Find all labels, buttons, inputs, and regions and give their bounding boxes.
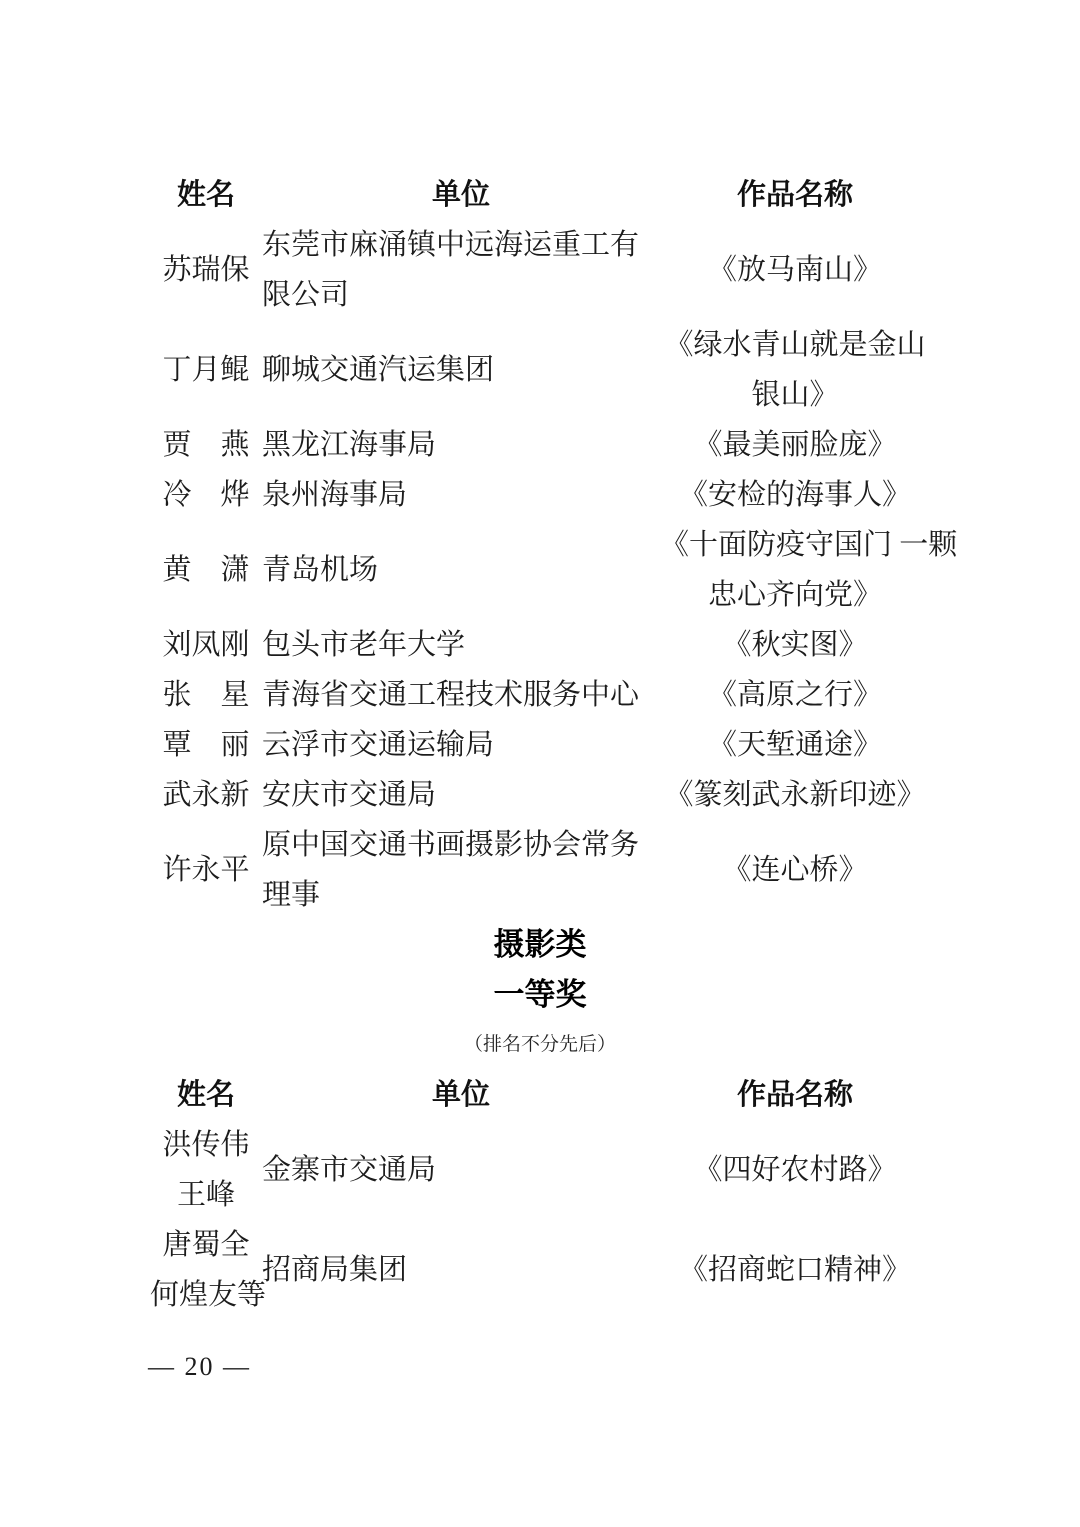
winner-name: 张 星 <box>150 670 262 720</box>
winner-name: 丁月鲲 <box>150 345 262 395</box>
work-title: 《十面防疫守国门 一颗 忠心齐向党》 <box>660 520 930 620</box>
winner-name: 苏瑞保 <box>150 245 262 295</box>
table-2-header-row: 姓名 单位 作品名称 <box>150 1070 930 1120</box>
section-ranking-note: （排名不分先后） <box>150 1020 930 1070</box>
winner-name: 黄 潇 <box>150 545 262 595</box>
table-row: 唐蜀全 何煌友等 招商局集团 《招商蛇口精神》 <box>150 1220 930 1320</box>
content-area: 姓名 单位 作品名称 苏瑞保 东莞市麻涌镇中远海运重工有 限公司 《放马南山》 … <box>150 170 930 1320</box>
table-row: 黄 潇 青岛机场 《十面防疫守国门 一颗 忠心齐向党》 <box>150 520 930 620</box>
document-page: 姓名 单位 作品名称 苏瑞保 东莞市麻涌镇中远海运重工有 限公司 《放马南山》 … <box>0 0 1080 1527</box>
table-row: 许永平 原中国交通书画摄影协会常务 理事 《连心桥》 <box>150 820 930 920</box>
winner-name: 唐蜀全 何煌友等 <box>150 1220 262 1320</box>
winner-unit: 包头市老年大学 <box>262 620 660 670</box>
award-table-1: 姓名 单位 作品名称 苏瑞保 东莞市麻涌镇中远海运重工有 限公司 《放马南山》 … <box>150 170 930 920</box>
winner-unit: 黑龙江海事局 <box>262 420 660 470</box>
winner-unit: 云浮市交通运输局 <box>262 720 660 770</box>
winner-unit: 泉州海事局 <box>262 470 660 520</box>
table-row: 刘凤刚 包头市老年大学 《秋实图》 <box>150 620 930 670</box>
table-row: 张 星 青海省交通工程技术服务中心 《高原之行》 <box>150 670 930 720</box>
work-title: 《安检的海事人》 <box>660 470 930 520</box>
table-2-header-name: 姓名 <box>150 1070 262 1120</box>
table-row: 覃 丽 云浮市交通运输局 《天堑通途》 <box>150 720 930 770</box>
winner-name: 许永平 <box>150 845 262 895</box>
award-table-2: 姓名 单位 作品名称 洪传伟 王峰 金寨市交通局 《四好农村路》 唐蜀全 何煌友… <box>150 1070 930 1320</box>
section-headings: 摄影类 一等奖 （排名不分先后） <box>150 920 930 1070</box>
winner-name: 贾 燕 <box>150 420 262 470</box>
winner-unit: 原中国交通书画摄影协会常务 理事 <box>262 820 660 920</box>
winner-unit: 招商局集团 <box>262 1245 660 1295</box>
winner-name: 武永新 <box>150 770 262 820</box>
table-row: 洪传伟 王峰 金寨市交通局 《四好农村路》 <box>150 1120 930 1220</box>
winner-unit: 东莞市麻涌镇中远海运重工有 限公司 <box>262 220 660 320</box>
work-title: 《招商蛇口精神》 <box>660 1245 930 1295</box>
table-row: 贾 燕 黑龙江海事局 《最美丽脸庞》 <box>150 420 930 470</box>
page-number: — 20 — <box>148 1352 251 1382</box>
section-award-heading: 一等奖 <box>150 970 930 1020</box>
table-1-header-unit: 单位 <box>262 170 660 220</box>
winner-unit: 金寨市交通局 <box>262 1145 660 1195</box>
winner-name: 冷 烨 <box>150 470 262 520</box>
winner-name: 刘凤刚 <box>150 620 262 670</box>
work-title: 《篆刻武永新印迹》 <box>660 770 930 820</box>
table-row: 武永新 安庆市交通局 《篆刻武永新印迹》 <box>150 770 930 820</box>
table-row: 苏瑞保 东莞市麻涌镇中远海运重工有 限公司 《放马南山》 <box>150 220 930 320</box>
work-title: 《四好农村路》 <box>660 1145 930 1195</box>
work-title: 《高原之行》 <box>660 670 930 720</box>
table-2-header-work: 作品名称 <box>660 1070 930 1120</box>
winner-unit: 青海省交通工程技术服务中心 <box>262 670 660 720</box>
winner-unit: 青岛机场 <box>262 545 660 595</box>
work-title: 《天堑通途》 <box>660 720 930 770</box>
work-title: 《连心桥》 <box>660 845 930 895</box>
work-title: 《绿水青山就是金山 银山》 <box>660 320 930 420</box>
winner-name: 洪传伟 王峰 <box>150 1120 262 1220</box>
work-title: 《放马南山》 <box>660 245 930 295</box>
table-row: 冷 烨 泉州海事局 《安检的海事人》 <box>150 470 930 520</box>
table-1-header-work: 作品名称 <box>660 170 930 220</box>
table-row: 丁月鲲 聊城交通汽运集团 《绿水青山就是金山 银山》 <box>150 320 930 420</box>
work-title: 《秋实图》 <box>660 620 930 670</box>
section-category-heading: 摄影类 <box>150 920 930 970</box>
winner-name: 覃 丽 <box>150 720 262 770</box>
table-2-header-unit: 单位 <box>262 1070 660 1120</box>
table-1-header-row: 姓名 单位 作品名称 <box>150 170 930 220</box>
table-1-header-name: 姓名 <box>150 170 262 220</box>
winner-unit: 聊城交通汽运集团 <box>262 345 660 395</box>
work-title: 《最美丽脸庞》 <box>660 420 930 470</box>
winner-unit: 安庆市交通局 <box>262 770 660 820</box>
